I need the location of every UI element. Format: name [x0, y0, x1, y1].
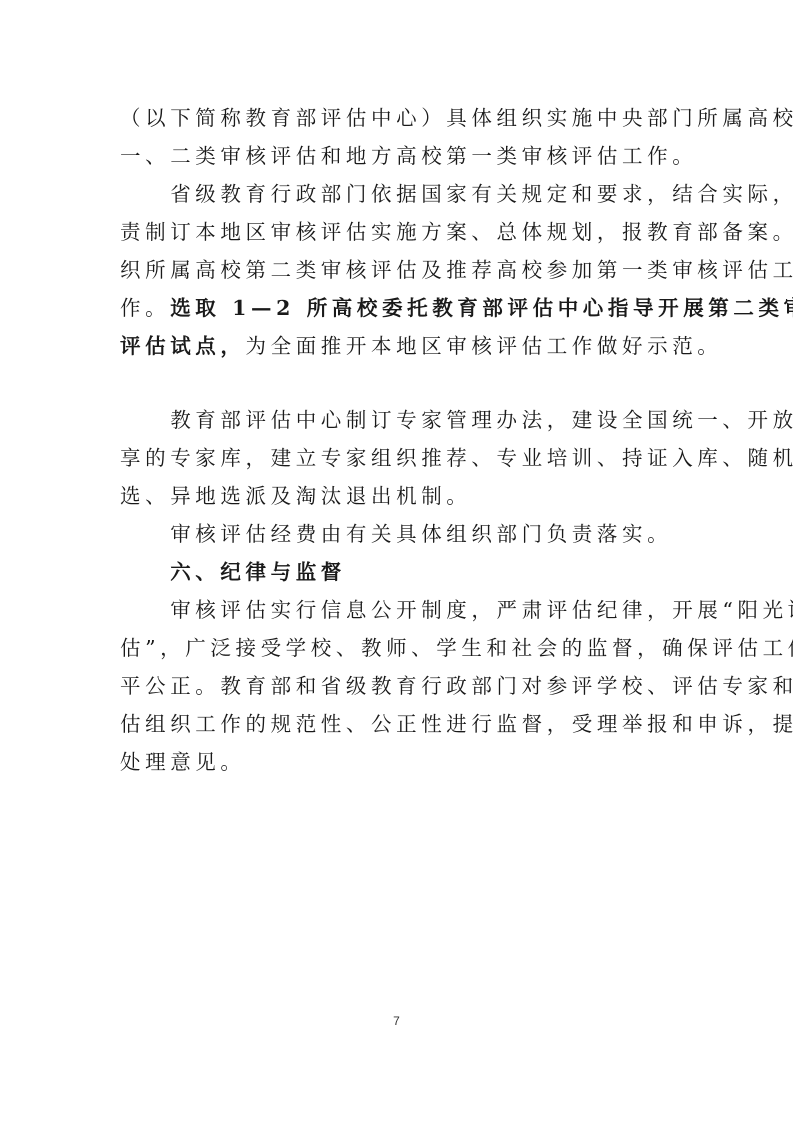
text-line: 一、二类审核评估和地方高校第一类审核评估工作。	[120, 141, 690, 171]
page-number: 7	[0, 1014, 793, 1028]
text-line: 教育部评估中心制订专家管理办法，建设全国统一、开放共	[120, 405, 690, 435]
text-line: 估组织工作的规范性、公正性进行监督，受理举报和申诉，提出	[120, 709, 690, 739]
text-line-mixed: 评估试点，为全面推开本地区审核评估工作做好示范。	[120, 331, 690, 361]
plain-text: 为全面推开本地区审核评估工作做好示范。	[246, 334, 723, 358]
text-line: 处理意见。	[120, 747, 690, 777]
text-line: （以下简称教育部评估中心）具体组织实施中央部门所属高校第	[120, 103, 690, 133]
text-line: 享的专家库，建立专家组织推荐、专业培训、持证入库、随机遴	[120, 443, 690, 473]
text-line: 织所属高校第二类审核评估及推荐高校参加第一类审核评估工	[120, 255, 690, 285]
text-line-mixed: 作。选取 1—2 所高校委托教育部评估中心指导开展第二类审核	[120, 293, 690, 323]
text-line: 选、异地选派及淘汰退出机制。	[120, 481, 690, 511]
document-page: （以下简称教育部评估中心）具体组织实施中央部门所属高校第 一、二类审核评估和地方…	[0, 0, 793, 1122]
text-line: 省级教育行政部门依据国家有关规定和要求，结合实际，负	[120, 179, 690, 209]
plain-text: 作。	[120, 296, 170, 320]
bold-emphasis-text: 评估试点，	[120, 334, 246, 358]
bold-emphasis-text: 选取 1—2 所高校委托教育部评估中心指导开展第二类审核	[170, 296, 793, 320]
text-line: 责制订本地区审核评估实施方案、总体规划，报教育部备案。组	[120, 217, 690, 247]
text-line: 审核评估实行信息公开制度，严肃评估纪律，开展“阳光评	[120, 595, 690, 625]
section-heading: 六、纪律与监督	[120, 557, 690, 587]
text-line: 平公正。教育部和省级教育行政部门对参评学校、评估专家和评	[120, 671, 690, 701]
text-line: 审核评估经费由有关具体组织部门负责落实。	[120, 519, 690, 549]
text-line: 估”，广泛接受学校、教师、学生和社会的监督，确保评估工作公	[120, 633, 690, 663]
